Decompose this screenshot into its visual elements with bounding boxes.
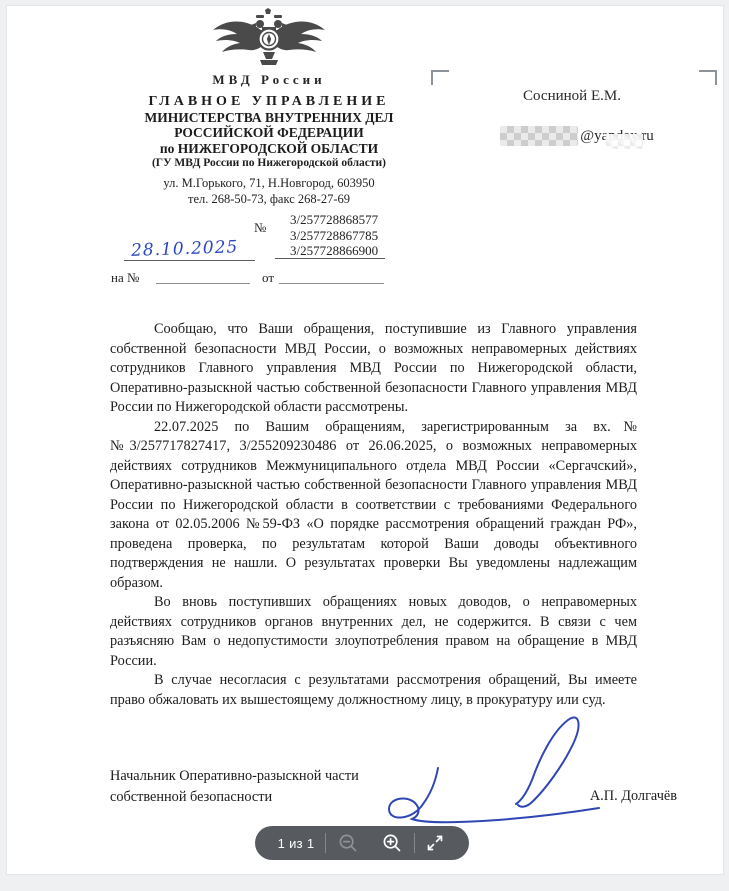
outgoing-numbers: 3/257728868577 3/257728867785 3/25772886…: [290, 212, 378, 259]
signer-position-line-1: Начальник Оперативно-разыскной части: [110, 766, 440, 787]
signer-position-line-2: собственной безопасности: [110, 787, 440, 808]
numbers-underline: [275, 258, 385, 259]
paragraph-3: Во вновь поступивших обращениях новых до…: [110, 593, 637, 671]
letterhead: МВД России ГЛАВНОЕ УПРАВЛЕНИЕ МИНИСТЕРСТ…: [107, 8, 431, 207]
signer-position: Начальник Оперативно-разыскной части соб…: [110, 766, 440, 808]
pdf-viewer-toolbar: 1 из 1: [255, 826, 469, 860]
mvd-eagle-emblem-icon: [208, 8, 330, 68]
zoom-in-button[interactable]: [370, 826, 414, 860]
address-corner-mark-right: [699, 70, 717, 85]
recipient-name: Сосниной Е.М.: [447, 88, 697, 105]
org-line-4: по НИЖЕГОРОДСКОЙ ОБЛАСТИ: [107, 141, 431, 157]
on-number-label: на №: [111, 270, 139, 286]
page-indicator: 1 из 1: [267, 836, 325, 851]
paragraph-4: В случае несогласия с результатами рассм…: [110, 671, 637, 710]
outgoing-number-2: 3/257728867785: [290, 228, 378, 244]
address-corner-mark-left: [431, 70, 449, 85]
address-block: ул. М.Горького, 71, Н.Новгород, 603950 т…: [107, 175, 431, 207]
phone-fax-line: тел. 268-50-73, факс 268-27-69: [107, 191, 431, 207]
letter-page: МВД России ГЛАВНОЕ УПРАВЛЕНИЕ МИНИСТЕРСТ…: [7, 6, 723, 874]
outgoing-number-1: 3/257728868577: [290, 212, 378, 228]
expand-arrows-icon: [426, 834, 444, 852]
on-number-blank-line: [156, 283, 250, 284]
magnifier-minus-icon: [338, 833, 358, 853]
address-line: ул. М.Горького, 71, Н.Новгород, 603950: [107, 175, 431, 191]
recipient-email: @yandex.ru: [447, 126, 707, 146]
org-abbreviation: (ГУ МВД России по Нижегородской области): [107, 157, 431, 169]
number-label: №: [254, 220, 266, 236]
fullscreen-button[interactable]: [415, 826, 455, 860]
email-username-blur: [500, 126, 578, 146]
email-at-part: @ya: [580, 128, 608, 145]
signer-name: А.П. Долгачёв: [567, 788, 677, 805]
zoom-out-button[interactable]: [326, 826, 370, 860]
letter-body: Сообщаю, что Ваши обращения, поступившие…: [110, 320, 637, 710]
org-line-2: МИНИСТЕРСТВА ВНУТРЕННИХ ДЕЛ: [107, 110, 431, 126]
handwritten-date: 28.10.2025: [131, 237, 242, 261]
date-underline: [124, 260, 255, 261]
from-blank-line: [279, 283, 384, 284]
outgoing-number-3: 3/257728866900: [290, 243, 378, 259]
ministry-short-title: МВД России: [107, 72, 431, 88]
document-viewer: МВД России ГЛАВНОЕ УПРАВЛЕНИЕ МИНИСТЕРСТ…: [0, 0, 729, 891]
magnifier-plus-icon: [382, 833, 402, 853]
email-blurred-mid: ndex.: [608, 128, 641, 145]
paragraph-2: 22.07.2025 по Вашим обращениям, зарегист…: [110, 418, 637, 594]
org-line-1: ГЛАВНОЕ УПРАВЛЕНИЕ: [107, 94, 431, 110]
org-line-3: РОССИЙСКОЙ ФЕДЕРАЦИИ: [107, 125, 431, 141]
from-label: от: [262, 270, 274, 286]
paragraph-1: Сообщаю, что Ваши обращения, поступившие…: [110, 320, 637, 418]
